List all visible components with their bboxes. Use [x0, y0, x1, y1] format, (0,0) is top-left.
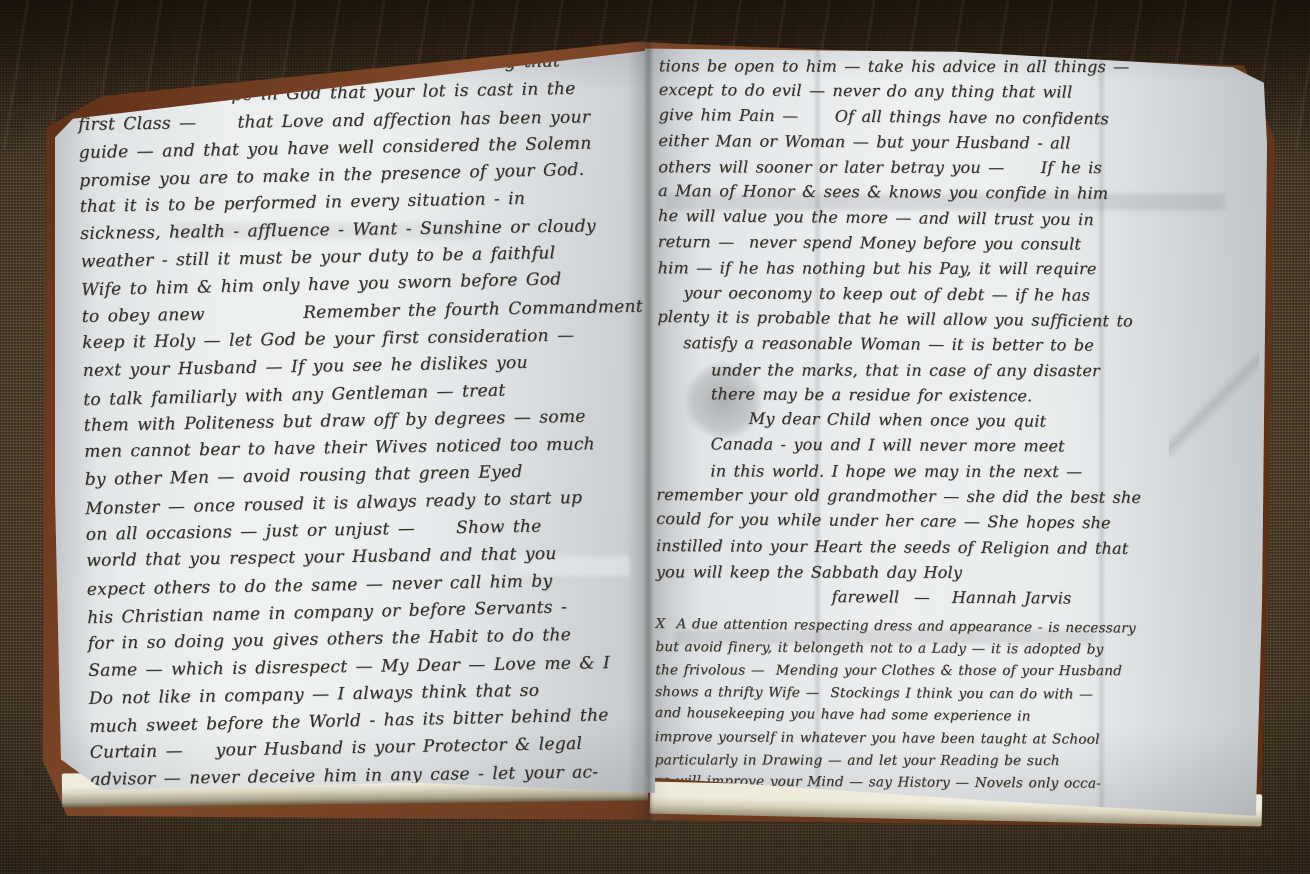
- handwritten-line: either Man or Woman — but your Husband -…: [658, 128, 1264, 157]
- handwritten-line: farewell — Hannah Jarvis: [656, 583, 1262, 612]
- handwritten-line: instilled into your Heart the seeds of R…: [656, 533, 1262, 562]
- handwritten-line: in this world. I hope we may in the next…: [656, 458, 1262, 484]
- left-page-text: and also many who are deficient in every…: [77, 47, 668, 794]
- handwritten-line: others will sooner or later betray you —…: [658, 155, 1264, 181]
- photo-of-handwritten-letter: and also many who are deficient in every…: [0, 0, 1310, 874]
- handwritten-line: under the marks, that in case of any dis…: [657, 357, 1263, 383]
- handwritten-line: give him Pain — Of all things have no co…: [659, 102, 1265, 133]
- handwritten-line: the frivolous — Mending your Clothes & t…: [655, 660, 1261, 683]
- handwritten-line: him — if he has nothing but his Pay, it …: [658, 256, 1264, 282]
- handwritten-line: satisfy a reasonable Woman — it is bette…: [657, 330, 1263, 359]
- right-page-text: tions be open to him — take his advice i…: [654, 52, 1265, 796]
- handwritten-line: you will keep the Sabbath day Holy: [656, 559, 1262, 585]
- left-page: and also many who are deficient in every…: [55, 48, 655, 793]
- handwritten-line: return — never spend Money before you co…: [658, 229, 1264, 258]
- handwritten-line: tions be open to him — take his advice i…: [659, 53, 1265, 79]
- handwritten-line: Canada - you and I will never more meet: [657, 431, 1263, 460]
- handwritten-line: improve yourself in whatever you have be…: [655, 726, 1261, 752]
- right-page: tions be open to him — take his advice i…: [645, 44, 1267, 819]
- handwritten-line: particularly in Drawing — and let your R…: [655, 749, 1261, 772]
